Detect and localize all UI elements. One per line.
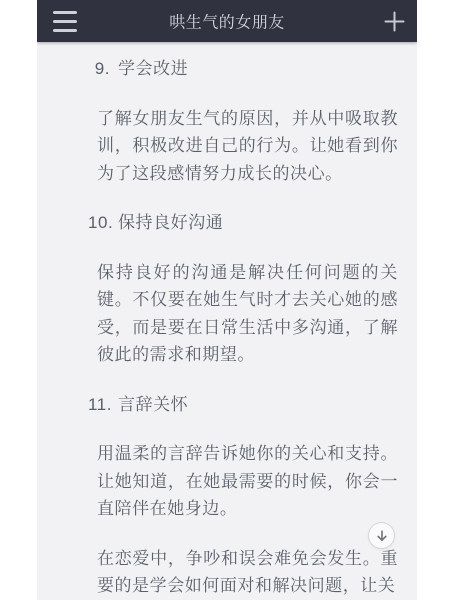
document-body: 9. 学会改进 了解女朋友生气的原因，并从中吸取教训，积极改进自己的行为。让她看… (37, 42, 417, 600)
list-item-title: 言辞关怀 (118, 391, 188, 419)
list-item-title: 保持良好沟通 (118, 209, 223, 237)
page-title: 哄生气的女朋友 (169, 10, 285, 33)
add-button[interactable] (382, 9, 406, 33)
hamburger-icon (53, 20, 77, 23)
app-window: 哄生气的女朋友 9. 学会改进 了解女朋友生气的原因，并从中吸取教训，积极改进自… (37, 0, 417, 600)
list-item-number: 10. (88, 209, 110, 237)
list-item-paragraph: 用温柔的言辞告诉她你的关心和支持。让她知道，在她最需要的时候，你会一直陪伴在她身… (97, 440, 398, 523)
closing-paragraph: 在恋爱中，争吵和误会难免会发生。重要的是学会如何面对和解决问题，让关 (97, 545, 398, 600)
app-header: 哄生气的女朋友 (37, 0, 417, 42)
list-item-heading: 11. 言辞关怀 (97, 391, 398, 419)
hamburger-menu-button[interactable] (53, 10, 77, 33)
list-item-number: 11. (88, 391, 110, 419)
list-item-title: 学会改进 (118, 55, 188, 83)
list-item-heading: 9. 学会改进 (97, 55, 398, 83)
plus-icon (384, 11, 405, 32)
list-item-number: 9. (88, 55, 110, 83)
scroll-to-bottom-button[interactable] (368, 522, 395, 549)
hamburger-icon (53, 29, 77, 32)
hamburger-icon (53, 11, 77, 14)
list-item-heading: 10. 保持良好沟通 (97, 209, 398, 237)
list-item-paragraph: 保持良好的沟通是解决任何问题的关键。不仅要在她生气时才去关心她的感受，而是要在日… (97, 259, 398, 369)
arrow-down-icon (374, 528, 390, 544)
list-item-paragraph: 了解女朋友生气的原因，并从中吸取教训，积极改进自己的行为。让她看到你为了这段感情… (97, 105, 398, 188)
